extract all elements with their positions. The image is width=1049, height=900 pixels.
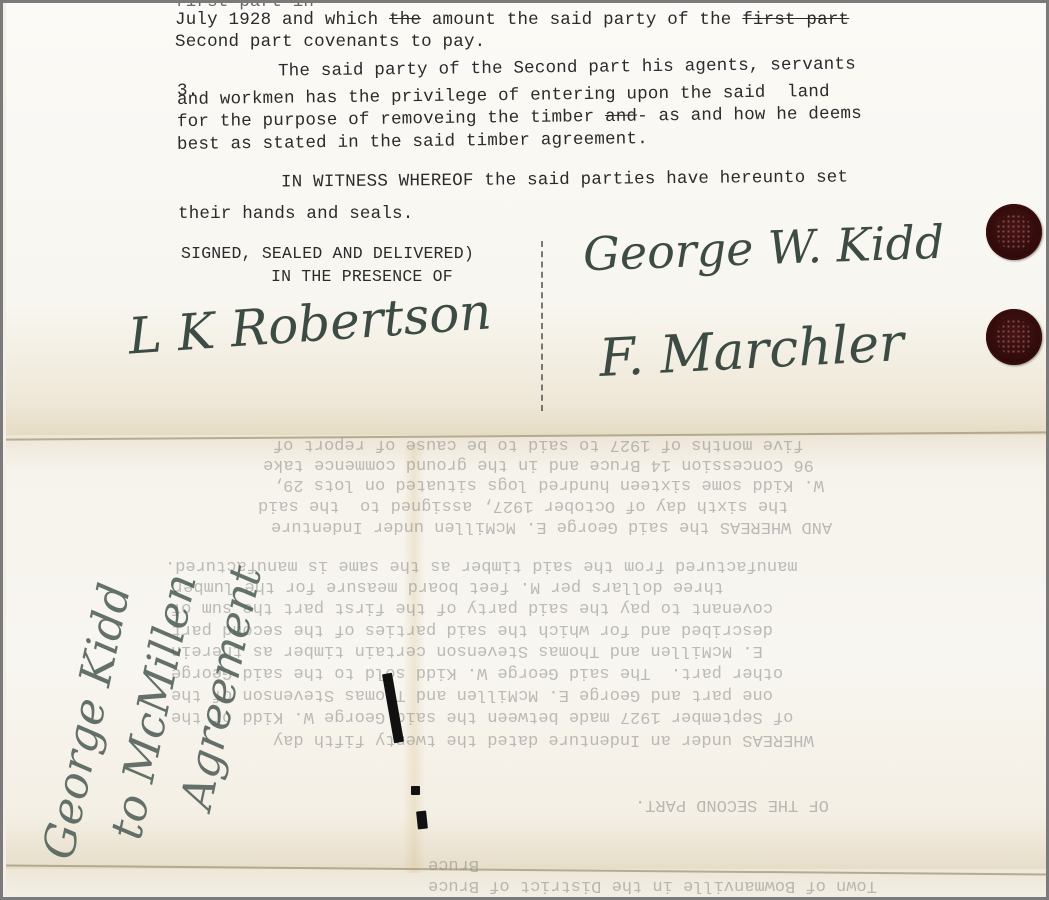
bleed-through-line: other part. The said George W. Kidd sold… [171,663,783,682]
wax-seal-icon [986,204,1042,260]
text-segment: entering upon the said land [530,82,830,106]
struck-text: first part [742,10,849,30]
clause-line-2: Second part covenants to pay. [175,33,485,52]
text-segment: - as and how he deems [637,104,862,127]
bleed-through-line: W. Kidd some sixteen hundred logs situat… [273,475,824,494]
bleed-through-line: Town of Bowmanville in the District of B… [428,876,877,895]
text-segment: July 1928 and which [175,10,389,30]
bleed-through-line: E. McMillen and Thomas Stevenson certain… [171,641,763,660]
bleed-through-line: AND WHEREAS the said George E. McMillen … [271,517,832,536]
bleed-through-line: five months of 1927 to said to be cause … [273,435,804,454]
document-scan: first part in July 1928 and which the am… [0,0,1049,900]
bleed-through-line: of September 1927 made between the said … [171,707,793,726]
in-the-presence-of: IN THE PRESENCE OF [271,267,453,286]
bleed-through-line: 96 Concession 14 Bruce and in the ground… [263,455,814,474]
text-segment: amount the said party of the [421,10,742,30]
wax-seal-icon [986,309,1042,365]
signed-sealed-delivered: SIGNED, SEALED AND DELIVERED) [181,244,474,263]
signature-bracket [541,241,549,411]
staple-mark [416,811,428,830]
struck-text: and [605,107,637,127]
bleed-through-line: Bruce [428,855,479,874]
staple-mark [411,786,420,795]
struck-text: the [389,10,421,30]
witness-line-2: their hands and seals. [178,205,413,224]
bleed-through-line: WHEREAS under an Indenture dated the twe… [273,730,814,749]
bleed-through-line: the sixth day of October 1927, assigned … [258,496,789,515]
clause-line-1: July 1928 and which the amount the said … [175,11,849,30]
bleed-through-line: one part and George E. McMillen and Thom… [171,685,773,704]
bleed-through-heading: OF THE SECOND PART. [635,795,829,814]
